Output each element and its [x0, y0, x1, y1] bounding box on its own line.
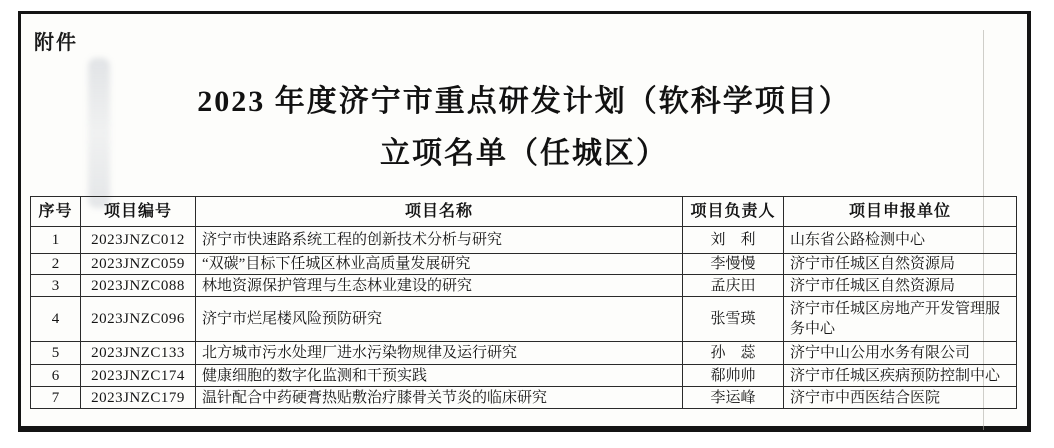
- table-row: 5 2023JNZC133 北方城市污水处理厂进水污染物规律及运行研究 孙 蕊 …: [31, 342, 1017, 365]
- cell-leader: 孟庆田: [683, 275, 784, 297]
- cell-unit: 济宁市中西医结合医院: [784, 387, 1017, 409]
- projects-table: 序号 项目编号 项目名称 项目负责人 项目申报单位 1 2023JNZC012 …: [30, 196, 1017, 409]
- cell-seq: 5: [31, 342, 81, 365]
- table-row: 3 2023JNZC088 林地资源保护管理与生态林业建设的研究 孟庆田 济宁市…: [31, 275, 1017, 297]
- table-row: 2 2023JNZC059 “双碳”目标下任城区林业高质量发展研究 李慢慢 济宁…: [31, 254, 1017, 275]
- cell-leader: 李运峰: [683, 387, 784, 409]
- cell-leader: 刘 利: [683, 227, 784, 254]
- cell-code: 2023JNZC059: [81, 254, 196, 275]
- cell-seq: 4: [31, 297, 81, 342]
- cell-seq: 1: [31, 227, 81, 254]
- cell-unit: 济宁市任城区自然资源局: [784, 254, 1017, 275]
- cell-leader: 郗帅帅: [683, 365, 784, 387]
- table-row: 4 2023JNZC096 济宁市烂尾楼风险预防研究 张雪瑛 济宁市任城区房地产…: [31, 297, 1017, 342]
- cell-leader: 李慢慢: [683, 254, 784, 275]
- cell-leader: 张雪瑛: [683, 297, 784, 342]
- cell-code: 2023JNZC179: [81, 387, 196, 409]
- cell-name: 健康细胞的数字化监测和干预实践: [196, 365, 683, 387]
- cell-name: “双碳”目标下任城区林业高质量发展研究: [196, 254, 683, 275]
- cell-name: 济宁市快速路系统工程的创新技术分析与研究: [196, 227, 683, 254]
- cell-code: 2023JNZC133: [81, 342, 196, 365]
- col-header-name: 项目名称: [196, 197, 683, 227]
- cell-unit: 济宁市任城区疾病预防控制中心: [784, 365, 1017, 387]
- table-row: 7 2023JNZC179 温针配合中药硬膏热贴敷治疗膝骨关节炎的临床研究 李运…: [31, 387, 1017, 409]
- col-header-code: 项目编号: [81, 197, 196, 227]
- title-line-2: 立项名单（任城区）: [18, 128, 1030, 180]
- table-row: 6 2023JNZC174 健康细胞的数字化监测和干预实践 郗帅帅 济宁市任城区…: [31, 365, 1017, 387]
- cell-name: 林地资源保护管理与生态林业建设的研究: [196, 275, 683, 297]
- cell-name: 温针配合中药硬膏热贴敷治疗膝骨关节炎的临床研究: [196, 387, 683, 409]
- cell-unit: 济宁市任城区自然资源局: [784, 275, 1017, 297]
- cell-seq: 2: [31, 254, 81, 275]
- cell-seq: 7: [31, 387, 81, 409]
- table-row: 1 2023JNZC012 济宁市快速路系统工程的创新技术分析与研究 刘 利 山…: [31, 227, 1017, 254]
- cell-unit: 山东省公路检测中心: [784, 227, 1017, 254]
- document-title: 2023 年度济宁市重点研发计划（软科学项目） 立项名单（任城区）: [18, 76, 1030, 180]
- table-header-row: 序号 项目编号 项目名称 项目负责人 项目申报单位: [31, 197, 1017, 227]
- cell-code: 2023JNZC174: [81, 365, 196, 387]
- cell-unit: 济宁市任城区房地产开发管理服务中心: [784, 297, 1017, 342]
- col-header-unit: 项目申报单位: [784, 197, 1017, 227]
- col-header-leader: 项目负责人: [683, 197, 784, 227]
- cell-seq: 3: [31, 275, 81, 297]
- cell-seq: 6: [31, 365, 81, 387]
- cell-unit: 济宁中山公用水务有限公司: [784, 342, 1017, 365]
- col-header-seq: 序号: [31, 197, 81, 227]
- cell-name: 济宁市烂尾楼风险预防研究: [196, 297, 683, 342]
- cell-code: 2023JNZC012: [81, 227, 196, 254]
- cell-leader: 孙 蕊: [683, 342, 784, 365]
- cell-name: 北方城市污水处理厂进水污染物规律及运行研究: [196, 342, 683, 365]
- cell-code: 2023JNZC088: [81, 275, 196, 297]
- title-line-1: 2023 年度济宁市重点研发计划（软科学项目）: [18, 76, 1030, 128]
- attachment-label: 附件: [34, 26, 78, 55]
- scanned-document-page: 附件 2023 年度济宁市重点研发计划（软科学项目） 立项名单（任城区） 序号 …: [0, 0, 1054, 448]
- cell-code: 2023JNZC096: [81, 297, 196, 342]
